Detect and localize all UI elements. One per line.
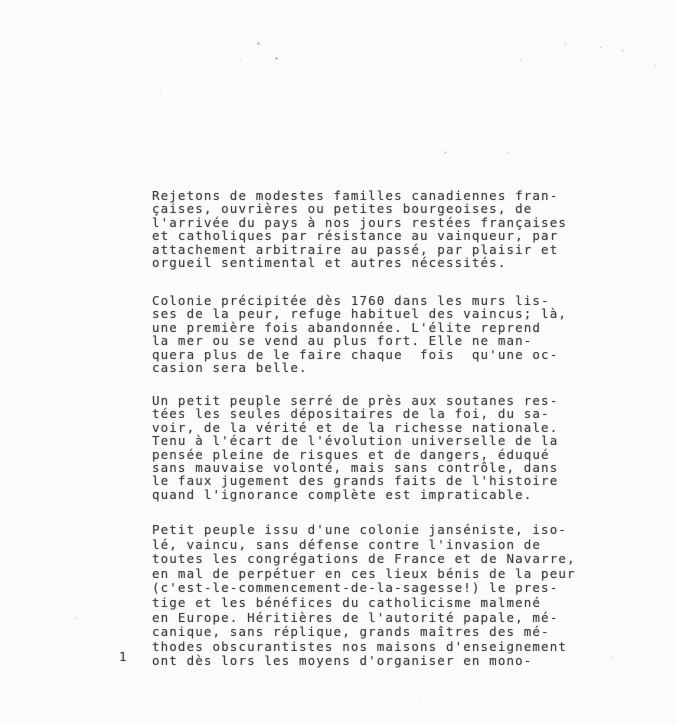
text-line: la mer ou se vend au plus fort. Elle ne … [152,334,567,347]
paper-noise [0,0,1,1]
paragraph: Un petit peuple serré de près aux soutan… [152,394,558,501]
text-line: casion sera belle. [152,361,567,374]
text-line: en Europe. Héritières de l'autorité papa… [152,611,576,626]
text-line: en mal de perpétuer en ces lieux bénis d… [152,567,576,582]
text-line: Un petit peuple serré de près aux soutan… [152,394,558,407]
text-line: quera plus de le faire chaque fois qu'un… [152,348,567,361]
text-line: çaises, ouvrières ou petites bourgeoises… [152,202,567,215]
document-page: Rejetons de modestes familles canadienne… [0,0,677,725]
text-line: quand l'ignorance complète est impratica… [152,488,558,501]
text-line: lé, vaincu, sans défense contre l'invasi… [152,538,576,553]
text-line: Tenu à l'écart de l'évolution universell… [152,434,558,447]
text-line: ses de la peur, refuge habituel des vain… [152,307,567,320]
text-line: tige et les bénéfices du catholicisme ma… [152,596,576,611]
paragraph: Petit peuple issu d'une colonie jansénis… [152,523,576,669]
text-line: sans mauvaise volonté, mais sans contrôl… [152,461,558,474]
text-line: orgueil sentimental et autres nécessités… [152,256,567,269]
text-line: le faux jugement des grands faits de l'h… [152,474,558,487]
page-number: 1 [119,650,128,664]
text-line: une première fois abandonnée. L'élite re… [152,321,567,334]
text-line: tées les seules dépositaires de la foi, … [152,407,558,420]
paragraph: Colonie précipitée dès 1760 dans les mur… [152,294,567,374]
text-line: l'arrivée du pays à nos jours restées fr… [152,216,567,229]
text-line: pensée pleine de risques et de dangers, … [152,448,558,461]
text-line: canique, sans réplique, grands maîtres d… [152,625,576,640]
text-line: et catholiques par résistance au vainque… [152,229,567,242]
text-line: Rejetons de modestes familles canadienne… [152,189,567,202]
text-line: (c'est-le-commencement-de-la-sagesse!) l… [152,581,576,596]
text-line: Petit peuple issu d'une colonie jansénis… [152,523,576,538]
text-line: ont dès lors les moyens d'organiser en m… [152,654,576,669]
text-line: voir, de la vérité et de la richesse nat… [152,421,558,434]
text-line: toutes les congrégations de France et de… [152,552,576,567]
text-line: Colonie précipitée dès 1760 dans les mur… [152,294,567,307]
text-line: attachement arbitraire au passé, par pla… [152,243,567,256]
paragraph: Rejetons de modestes familles canadienne… [152,189,567,269]
text-line: thodes obscurantistes nos maisons d'ense… [152,640,576,655]
